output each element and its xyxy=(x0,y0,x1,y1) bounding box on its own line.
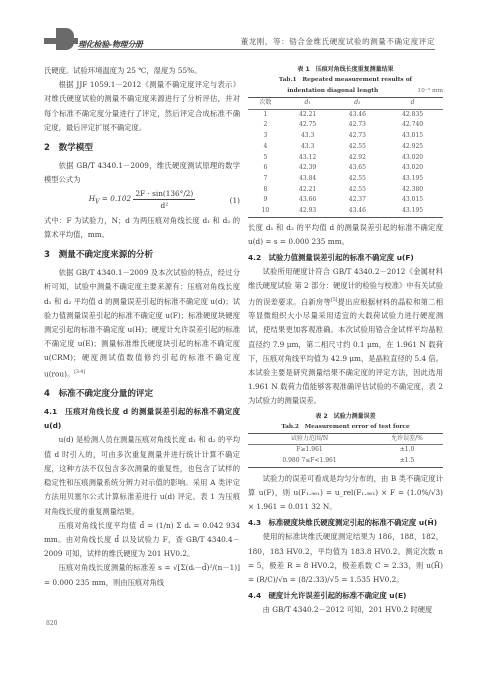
cell: ±1.5 xyxy=(371,456,443,467)
cell: 42.55 xyxy=(332,142,382,153)
table-row: 743.8442.5543.195 xyxy=(248,174,443,185)
cell: 42.37 xyxy=(332,195,382,206)
cell: 42.380 xyxy=(382,185,443,196)
paragraph-text: 依据 GB/T 4340.1－2009 及本次试验的特点，经过分析可知，试验中测… xyxy=(44,268,240,378)
column-header: d₂ xyxy=(332,98,382,110)
cell: ±1.0 xyxy=(371,445,443,456)
table-row: 1042.9343.4643.195 xyxy=(248,206,443,217)
subsection-heading-4-4: 4.4 硬度计允许误差引起的标准不确定度 u(E) xyxy=(248,589,443,603)
cell: 42.835 xyxy=(382,109,443,120)
table-row: 642.3943.6543.020 xyxy=(248,163,443,174)
header-divider xyxy=(78,49,435,50)
table-2: 表 2 试验力测量误差 Tab.2 Measurement error of t… xyxy=(248,411,443,468)
cell: 43.65 xyxy=(332,163,382,174)
cell: 42.75 xyxy=(283,120,333,131)
paragraph: 根据 JJF 1059.1－2012《测量不确定度评定与表示》对维氏硬度试验的测… xyxy=(44,78,240,135)
paragraph: 压痕对角线长度测量的标准差 s = √[Σ(dᵢ－d̄)²/(n－1)] = 0… xyxy=(44,561,240,589)
cell: 43.015 xyxy=(382,131,443,142)
column-header: d₁ xyxy=(283,98,333,110)
cell: 6 xyxy=(248,163,283,174)
right-column: 表 1 压痕对角线长度重复测量结果 Tab.1 Repeated measure… xyxy=(248,64,443,617)
cell: 4 xyxy=(248,142,283,153)
cell: 43.3 xyxy=(283,142,333,153)
paragraph: 由 GB/T 4340.2－2012 可知，201 HV0.2 时硬度 xyxy=(248,603,443,617)
paragraph: 依据 GB/T 4340.1－2009 及本次试验的特点，经过分析可知，试验中测… xyxy=(44,266,240,381)
cell: 3 xyxy=(248,131,283,142)
cell: 43.46 xyxy=(332,206,382,217)
table-row: F≥1.961±1.0 xyxy=(248,445,443,456)
cell: 0.980 7≤F<1.961 xyxy=(248,456,371,467)
cell: 42.55 xyxy=(332,174,382,185)
cell: 42.740 xyxy=(382,120,443,131)
cell: 43.195 xyxy=(382,206,443,217)
section-heading-2: 2 数学模型 xyxy=(44,141,240,155)
data-table: 试验力范围/N 允许误差/% F≥1.961±1.0 0.980 7≤F<1.9… xyxy=(248,433,443,468)
column-header: d xyxy=(382,98,443,110)
formula-numerator: 2F · sin(136°/2) xyxy=(133,188,195,200)
column-header: 试验力范围/N xyxy=(248,433,371,445)
cell: 43.66 xyxy=(283,195,333,206)
table-caption-cn: 表 2 试验力测量误差 xyxy=(248,411,443,422)
page-number: 820 xyxy=(46,620,57,627)
paragraph: 试验力的误差可看成是均匀分布的，由 B 类不确定度计算 u(F)，则 u(F₁.… xyxy=(248,472,443,515)
table-caption-cn: 表 1 压痕对角线长度重复测量结果 xyxy=(248,64,443,75)
cell: 43.3 xyxy=(283,131,333,142)
cell: 42.21 xyxy=(283,109,333,120)
section-heading-4: 4 标准不确定度分量的评定 xyxy=(44,387,240,401)
subsection-heading-4-3: 4.3 标准硬度块维氏硬度测定引起的标准不确定度 u(H̄) xyxy=(248,516,443,530)
paragraph: 压痕对角线长度平均值 d̄ = (1/n) Σ dᵢ = 0.042 934 m… xyxy=(44,519,240,562)
table-row: 242.7542.7342.740 xyxy=(248,120,443,131)
cell: 42.92 xyxy=(332,153,382,164)
subsection-heading-4-2: 4.2 试验力值测量误差引起的标准不确定度 u(F) xyxy=(248,251,443,265)
table-caption-en-line2: indentation diagonal length10⁻³ mm xyxy=(248,86,443,97)
column-header: 次数 xyxy=(248,98,283,110)
paragraph: 长度 d₁ 和 d₂ 的平均值 d 的测量误差引起的标准不确定度 u(d) = … xyxy=(248,221,443,249)
paragraph: 试验所用硬度计符合 GB/T 4340.2－2012《金属材料 维氏硬度试验 第… xyxy=(248,265,443,408)
table-caption-en: Tab.1 Repeated measurement results of xyxy=(248,75,443,86)
cell: 42.39 xyxy=(283,163,333,174)
cell: 43.015 xyxy=(382,195,443,206)
running-title: 董龙刚，等：锆合金维氏硬度试验的测量不确定度评定 xyxy=(241,36,435,47)
cell: 7 xyxy=(248,174,283,185)
cell: 9 xyxy=(248,195,283,206)
paragraph: u(d) 是检测人员在测量压痕对角线长度 d₁ 和 d₂ 的平均值 d 时引入的… xyxy=(44,433,240,518)
cell: 43.020 xyxy=(382,153,443,164)
paragraph: 依据 GB/T 4340.1－2009，维氏硬度测试原理的数学模型公式为 xyxy=(44,159,240,187)
paragraph: 式中：F 为试验力，N；d 为两压痕对角线长度 d₁ 和 d₂ 的算术平均值，m… xyxy=(44,214,240,242)
section-heading-3: 3 测量不确定度来源的分析 xyxy=(44,248,240,262)
paragraph: 氏硬度。试验环境温度为 25 ℃，湿度为 55%。 xyxy=(44,64,240,78)
table-unit: 10⁻³ mm xyxy=(417,86,443,97)
journal-logo-p-icon xyxy=(56,28,74,50)
caption-text: indentation diagonal length xyxy=(287,88,378,94)
cell: 1 xyxy=(248,109,283,120)
cell: 42.73 xyxy=(332,131,382,142)
formula-fraction: 2F · sin(136°/2) d² xyxy=(133,188,195,211)
cell: 2 xyxy=(248,120,283,131)
data-table: 次数 d₁ d₂ d 142.2143.4642.835 242.7542.73… xyxy=(248,97,443,218)
cell: 5 xyxy=(248,153,283,164)
equation-number: (1) xyxy=(230,194,240,208)
paragraph-text: 提出应根据材料的晶粒和第二相等显微组织大小尽量采用适宜的大载荷试验力进行硬度测试… xyxy=(248,297,443,405)
table-row: 142.2143.4642.835 xyxy=(248,109,443,120)
table-row: 0.980 7≤F<1.961±1.5 xyxy=(248,456,443,467)
cell: 42.55 xyxy=(332,185,382,196)
cell: 43.195 xyxy=(382,174,443,185)
citation[interactable]: [3-4] xyxy=(74,370,85,375)
left-column: 氏硬度。试验环境温度为 25 ℃，湿度为 55%。 根据 JJF 1059.1－… xyxy=(44,64,240,590)
cell: F≥1.961 xyxy=(248,445,371,456)
page-header: 理化检验-物理分册 董龙刚，等：锆合金维氏硬度试验的测量不确定度评定 xyxy=(44,26,435,54)
cell: 43.46 xyxy=(332,109,382,120)
cell: 10 xyxy=(248,206,283,217)
paragraph: 使用的标准块维氏硬度测定结果为 186，188，182，180，183 HV0.… xyxy=(248,530,443,587)
cell: 43.12 xyxy=(283,153,333,164)
cell: 42.93 xyxy=(283,206,333,217)
column-header: 允许误差/% xyxy=(371,433,443,445)
subsection-heading-4-1: 4.1 压痕对角线长度 d 的测量误差引起的标准不确定度 u(d) xyxy=(44,405,240,433)
equation-1: HV = 0.102 2F · sin(136°/2) d² (1) xyxy=(44,188,240,214)
cell: 8 xyxy=(248,185,283,196)
cell: 42.925 xyxy=(382,142,443,153)
cell: 43.020 xyxy=(382,163,443,174)
table-1: 表 1 压痕对角线长度重复测量结果 Tab.1 Repeated measure… xyxy=(248,64,443,218)
table-caption-en: Tab.2 Measurement error of test force xyxy=(248,422,443,433)
table-row: 343.342.7343.015 xyxy=(248,131,443,142)
formula-denominator: d² xyxy=(133,200,195,211)
cell: 42.21 xyxy=(283,185,333,196)
table-row: 842.2142.5542.380 xyxy=(248,185,443,196)
cell: 43.84 xyxy=(283,174,333,185)
formula-lhs: HV = 0.102 xyxy=(89,194,134,203)
table-row: 543.1242.9243.020 xyxy=(248,153,443,164)
table-row: 443.342.5542.925 xyxy=(248,142,443,153)
cell: 42.73 xyxy=(332,120,382,131)
table-row: 943.6642.3743.015 xyxy=(248,195,443,206)
